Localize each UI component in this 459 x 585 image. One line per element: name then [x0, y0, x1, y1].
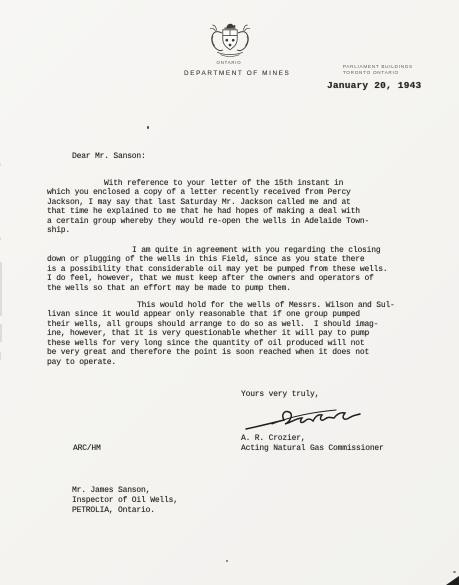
body-line: be very great and therefore the point is…: [47, 348, 369, 357]
body-line: that time he explained to me that he had…: [47, 207, 360, 216]
letter-page: ONTARIO DEPARTMENT OF MINES PARLIAMENT B…: [0, 0, 459, 585]
ontario-coat-of-arms-icon: [206, 20, 254, 62]
letter-date: January 20, 1943: [327, 81, 421, 90]
body-line: a certain group whereby they would re-op…: [47, 217, 369, 226]
salutation: Dear Mr. Sanson:: [72, 152, 146, 161]
ink-speck: [453, 571, 456, 573]
department-title: DEPARTMENT OF MINES: [184, 70, 290, 77]
scan-edge-streak: [0, 237, 1, 240]
scan-edge-streak: [0, 324, 2, 342]
crest-caption: ONTARIO: [216, 61, 242, 65]
body-line: their wells, all groups should arrange t…: [47, 320, 378, 329]
body-line: these wells for very long since the quan…: [47, 339, 364, 348]
body-line: ine, however, that it is very questionab…: [47, 329, 369, 338]
reference-initials: ARC/HM: [73, 444, 101, 453]
body-line: Jackson, I may say that last Saturday Mr…: [47, 198, 351, 207]
body-line: is a possibility that considerable oil m…: [47, 265, 387, 274]
letterhead-address-line2: TORONTO ONTARIO: [343, 71, 391, 76]
handwritten-signature-icon: [244, 406, 362, 434]
valediction: Yours very truly,: [241, 390, 319, 399]
letterhead-address-line1: PARLIAMENT BUILDINGS: [343, 65, 391, 70]
scan-edge-streak: [0, 352, 1, 360]
ink-speck: [147, 126, 149, 129]
body-line: I am quite in agreement with you regardi…: [132, 246, 380, 255]
signature-title: Acting Natural Gas Commissioner: [241, 444, 384, 453]
recipient-name: Mr. James Sanson,: [72, 486, 150, 495]
body-line: With reference to your letter of the 15t…: [104, 179, 343, 188]
body-line: This would hold for the wells of Messrs.…: [137, 301, 395, 310]
signature-name: A. R. Crozier,: [241, 434, 305, 443]
scan-edge-streak: [0, 163, 1, 166]
body-line: ship.: [47, 226, 70, 235]
body-line: I do feel, however, that we must keep af…: [47, 274, 374, 283]
body-line: which you enclosed a copy of a letter re…: [47, 188, 351, 197]
ink-speck: [226, 560, 228, 562]
body-line: the wells so that an effort may be made …: [47, 284, 291, 293]
recipient-city: PETROLIA, Ontario.: [72, 506, 155, 515]
scan-edge-streak: [0, 262, 2, 316]
body-line: pay to operate.: [47, 358, 116, 367]
body-line: livan since it would appear only reasona…: [47, 310, 360, 319]
body-line: down or plugging of the wells in this Fi…: [47, 255, 364, 264]
page-corner-mark: [446, 576, 459, 585]
recipient-title: Inspector of Oil Wells,: [72, 496, 178, 505]
